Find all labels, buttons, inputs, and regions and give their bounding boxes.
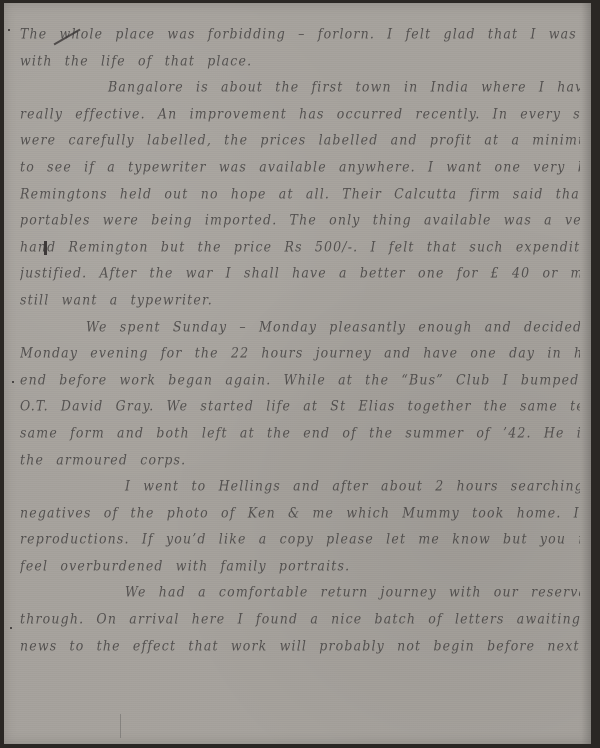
text-line: with the life of that place. xyxy=(20,47,580,76)
text-line: negatives of the photo of Ken & me which… xyxy=(20,499,580,528)
text-line: portables were being imported. The only … xyxy=(20,206,580,235)
text-line: end before work began again. While at th… xyxy=(20,366,580,395)
text-line: to see if a typewriter was available any… xyxy=(20,153,580,182)
text-line: through. On arrival here I found a nice … xyxy=(20,605,580,634)
handwritten-text: The whole place was forbidding – forlorn… xyxy=(20,21,580,659)
text-line: We spent Sunday – Monday pleasantly enou… xyxy=(20,312,580,341)
stray-pencil-mark xyxy=(120,714,121,738)
text-line: I went to Hellings and after about 2 hou… xyxy=(20,472,580,501)
text-line: the armoured corps. xyxy=(20,445,580,474)
text-line: news to the effect that work will probab… xyxy=(20,632,580,661)
text-line: O.T. David Gray. We started life at St E… xyxy=(20,392,580,421)
text-line: The whole place was forbidding – forlorn… xyxy=(20,20,580,49)
text-line: same form and both left at the end of th… xyxy=(20,419,580,448)
letter-page: The whole place was forbidding – forlorn… xyxy=(4,3,591,744)
margin-dot xyxy=(10,627,12,629)
text-line: Remingtons held out no hope at all. Thei… xyxy=(20,179,580,208)
paper-edge-shadow xyxy=(581,3,591,744)
text-line: were carefully labelled, the prices labe… xyxy=(20,126,580,155)
text-line: feel overburdened with family portraits. xyxy=(20,552,580,581)
text-line: We had a comfortable return journey with… xyxy=(20,578,580,607)
margin-dot xyxy=(8,29,10,31)
text-line: still want a typewriter. xyxy=(20,286,580,315)
text-line: justified. After the war I shall have a … xyxy=(20,259,580,288)
text-line: Monday evening for the 22 hours journey … xyxy=(20,339,580,368)
text-line: really effective. An improvement has occ… xyxy=(20,100,580,129)
text-line: reproductions. If you’d like a copy plea… xyxy=(20,525,580,554)
text-line: hand Remington but the price Rs 500/-. I… xyxy=(20,233,580,262)
text-line: Bangalore is about the first town in Ind… xyxy=(20,73,580,102)
margin-dot xyxy=(12,381,14,383)
